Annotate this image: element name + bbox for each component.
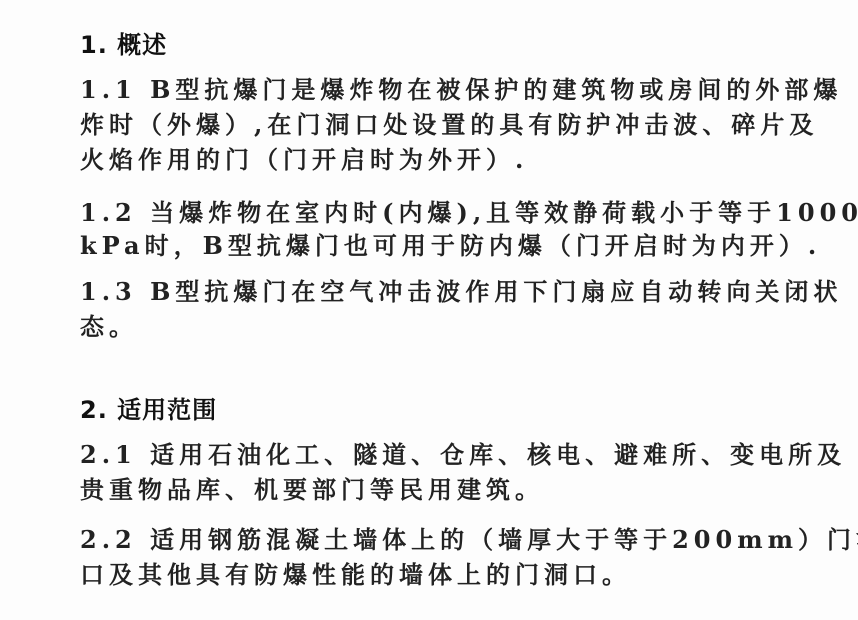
paragraph-line: 口及其他具有防爆性能的墙体上的门洞口。 [80, 561, 631, 589]
section-2-heading: 2. 适用范围 [80, 396, 217, 424]
paragraph-line: 态。 [80, 313, 138, 341]
paragraph-line: 1.1 B型抗爆门是爆炸物在被保护的建筑物或房间的外部爆 [80, 76, 842, 104]
paragraph-line: kPa时，B型抗爆门也可用于防内爆（门开启时为内开）. [80, 232, 821, 260]
paragraph-line: 炸时（外爆）,在门洞口处设置的具有防护冲击波、碎片及 [80, 111, 818, 139]
paragraph-line: 2.2 适用钢筋混凝土墙体上的（墙厚大于等于200mm）门洞 [80, 526, 858, 554]
section-1-heading: 1. 概述 [80, 31, 167, 59]
paragraph-line: 2.1 适用石油化工、隧道、仓库、核电、避难所、变电所及 [80, 441, 846, 469]
paragraph-line: 火焰作用的门（门开启时为外开）. [80, 146, 528, 174]
paragraph-line: 贵重物品库、机要部门等民用建筑。 [80, 476, 544, 504]
paragraph-line: 1.3 B型抗爆门在空气冲击波作用下门扇应自动转向关闭状 [80, 278, 842, 306]
paragraph-line: 1.2 当爆炸物在室内时(内爆),且等效静荷载小于等于1000 [80, 199, 858, 227]
